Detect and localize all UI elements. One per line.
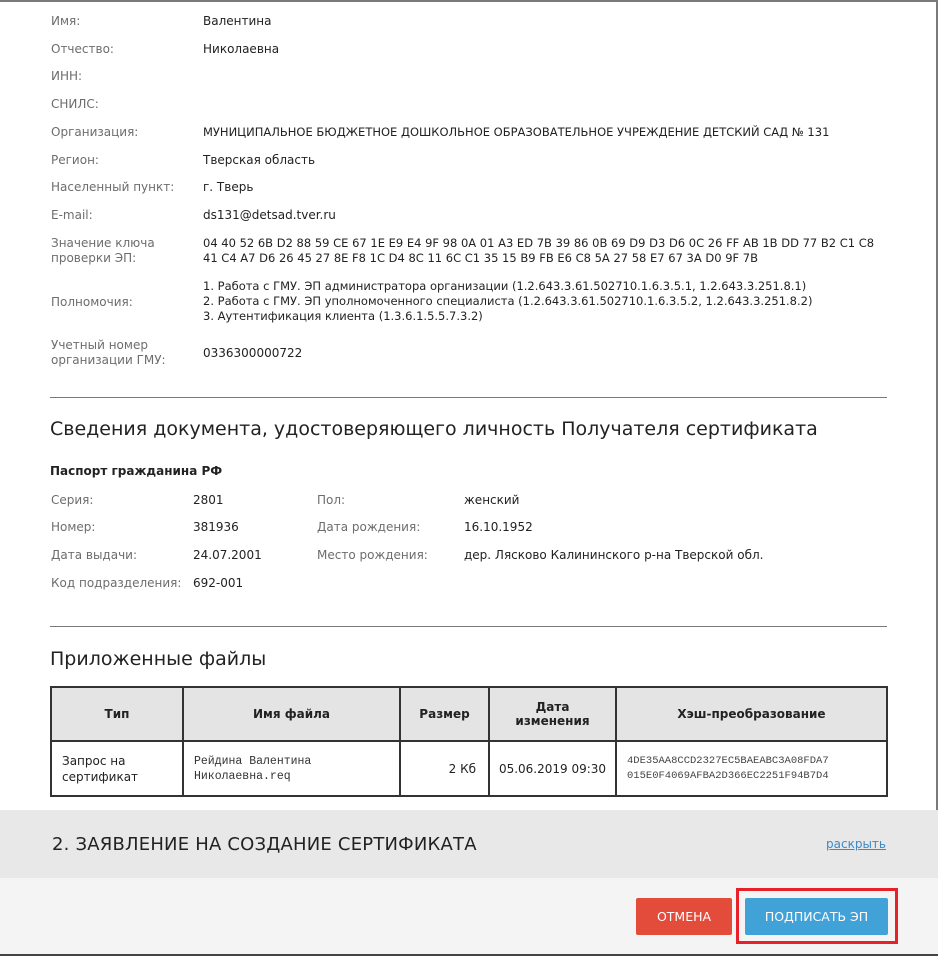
field-value-patronymic: Николаевна xyxy=(203,42,279,57)
table-header-row: Тип Имя файла Размер Дата изменения Хэш-… xyxy=(51,687,887,741)
column-header-modified: Дата изменения xyxy=(489,687,616,741)
permission-item: 3. Аутентификация клиента (1.3.6.1.5.5.7… xyxy=(203,309,812,324)
label-division-code: Код подразделения: xyxy=(51,576,181,591)
cell-size: 2 Кб xyxy=(400,741,489,796)
value-issue-date: 24.07.2001 xyxy=(193,548,262,563)
value-birth-date: 16.10.1952 xyxy=(464,520,533,535)
field-label-region: Регион: xyxy=(51,153,99,168)
section2-title: 2. ЗАЯВЛЕНИЕ НА СОЗДАНИЕ СЕРТИФИКАТА xyxy=(52,834,477,855)
cell-type: Запрос на сертификат xyxy=(51,741,183,796)
attached-files-table: Тип Имя файла Размер Дата изменения Хэш-… xyxy=(50,686,888,797)
column-header-filename: Имя файла xyxy=(183,687,400,741)
value-division-code: 692-001 xyxy=(193,576,243,591)
expand-link[interactable]: раскрыть xyxy=(826,837,886,851)
type-line2: сертификат xyxy=(62,769,172,785)
doc-type-title: Паспорт гражданина РФ xyxy=(50,464,222,478)
value-series: 2801 xyxy=(193,493,224,508)
value-number: 381936 xyxy=(193,520,239,535)
field-label-patronymic: Отчество: xyxy=(51,42,114,57)
section2-accordion[interactable]: 2. ЗАЯВЛЕНИЕ НА СОЗДАНИЕ СЕРТИФИКАТА рас… xyxy=(0,810,938,878)
hash-line1: 4DE35AA8CCD2327EC5BAEABC3A08FDA7 xyxy=(627,754,876,769)
cancel-button[interactable]: ОТМЕНА xyxy=(636,898,732,935)
label-birth-place: Место рождения: xyxy=(317,548,428,563)
field-label-gmu-number: Учетный номер организации ГМУ: xyxy=(51,338,166,368)
permission-item: 2. Работа с ГМУ. ЭП уполномоченного спец… xyxy=(203,294,812,309)
identity-doc-title: Сведения документа, удостоверяющего личн… xyxy=(50,418,818,440)
column-header-hash: Хэш-преобразование xyxy=(616,687,887,741)
label-number: Номер: xyxy=(51,520,95,535)
label-birth-date: Дата рождения: xyxy=(317,520,420,535)
field-value-locality: г. Тверь xyxy=(203,180,253,195)
column-header-size: Размер xyxy=(400,687,489,741)
field-label-snils: СНИЛС: xyxy=(51,97,99,112)
field-label-permissions: Полномочия: xyxy=(51,295,133,310)
label-gender: Пол: xyxy=(317,493,345,508)
filename-line1: Рейдина Валентина xyxy=(194,754,389,769)
public-key-line1: 04 40 52 6B D2 88 59 CE 67 1E E9 E4 9F 9… xyxy=(203,236,874,251)
field-label-organization: Организация: xyxy=(51,125,138,140)
field-value-region: Тверская область xyxy=(203,153,315,168)
field-value-first-name: Валентина xyxy=(203,14,271,29)
permission-item: 1. Работа с ГМУ. ЭП администратора орган… xyxy=(203,279,812,294)
column-header-type: Тип xyxy=(51,687,183,741)
field-value-email: ds131@detsad.tver.ru xyxy=(203,208,336,223)
value-birth-place: дер. Лясково Калининского р-на Тверской … xyxy=(464,548,763,563)
filename-line2: Николаевна.req xyxy=(194,769,389,784)
field-label-public-key: Значение ключа проверки ЭП: xyxy=(51,236,155,266)
modified-header-line1: Дата xyxy=(490,700,615,714)
hash-line2: 015E0F4069AFBA2D366EC2251F94B7D4 xyxy=(627,769,876,784)
label-series: Серия: xyxy=(51,493,93,508)
sign-button[interactable]: ПОДПИСАТЬ ЭП xyxy=(745,898,888,935)
public-key-label-line1: Значение ключа xyxy=(51,236,155,251)
section-divider xyxy=(50,397,887,398)
field-label-inn: ИНН: xyxy=(51,69,82,84)
cell-filename[interactable]: Рейдина Валентина Николаевна.req xyxy=(183,741,400,796)
table-row: Запрос на сертификат Рейдина Валентина Н… xyxy=(51,741,887,796)
field-value-permissions: 1. Работа с ГМУ. ЭП администратора орган… xyxy=(203,279,812,324)
cell-hash: 4DE35AA8CCD2327EC5BAEABC3A08FDA7 015E0F4… xyxy=(616,741,887,796)
value-gender: женский xyxy=(464,493,519,508)
field-label-locality: Населенный пункт: xyxy=(51,180,174,195)
type-line1: Запрос на xyxy=(62,753,172,769)
cell-modified: 05.06.2019 09:30 xyxy=(489,741,616,796)
gmu-label-line2: организации ГМУ: xyxy=(51,353,166,368)
field-value-public-key: 04 40 52 6B D2 88 59 CE 67 1E E9 E4 9F 9… xyxy=(203,236,874,266)
label-issue-date: Дата выдачи: xyxy=(51,548,137,563)
field-label-email: E-mail: xyxy=(51,208,93,223)
field-label-first-name: Имя: xyxy=(51,14,80,29)
public-key-line2: 41 C4 A7 D6 26 45 27 8E F8 1C D4 8C 11 6… xyxy=(203,251,874,266)
public-key-label-line2: проверки ЭП: xyxy=(51,251,155,266)
gmu-label-line1: Учетный номер xyxy=(51,338,166,353)
field-value-gmu-number: 0336300000722 xyxy=(203,346,302,361)
section-divider xyxy=(50,626,887,627)
top-border xyxy=(0,0,938,2)
attached-files-title: Приложенные файлы xyxy=(50,648,266,670)
field-value-organization: МУНИЦИПАЛЬНОЕ БЮДЖЕТНОЕ ДОШКОЛЬНОЕ ОБРАЗ… xyxy=(203,125,829,140)
modified-header-line2: изменения xyxy=(490,714,615,728)
